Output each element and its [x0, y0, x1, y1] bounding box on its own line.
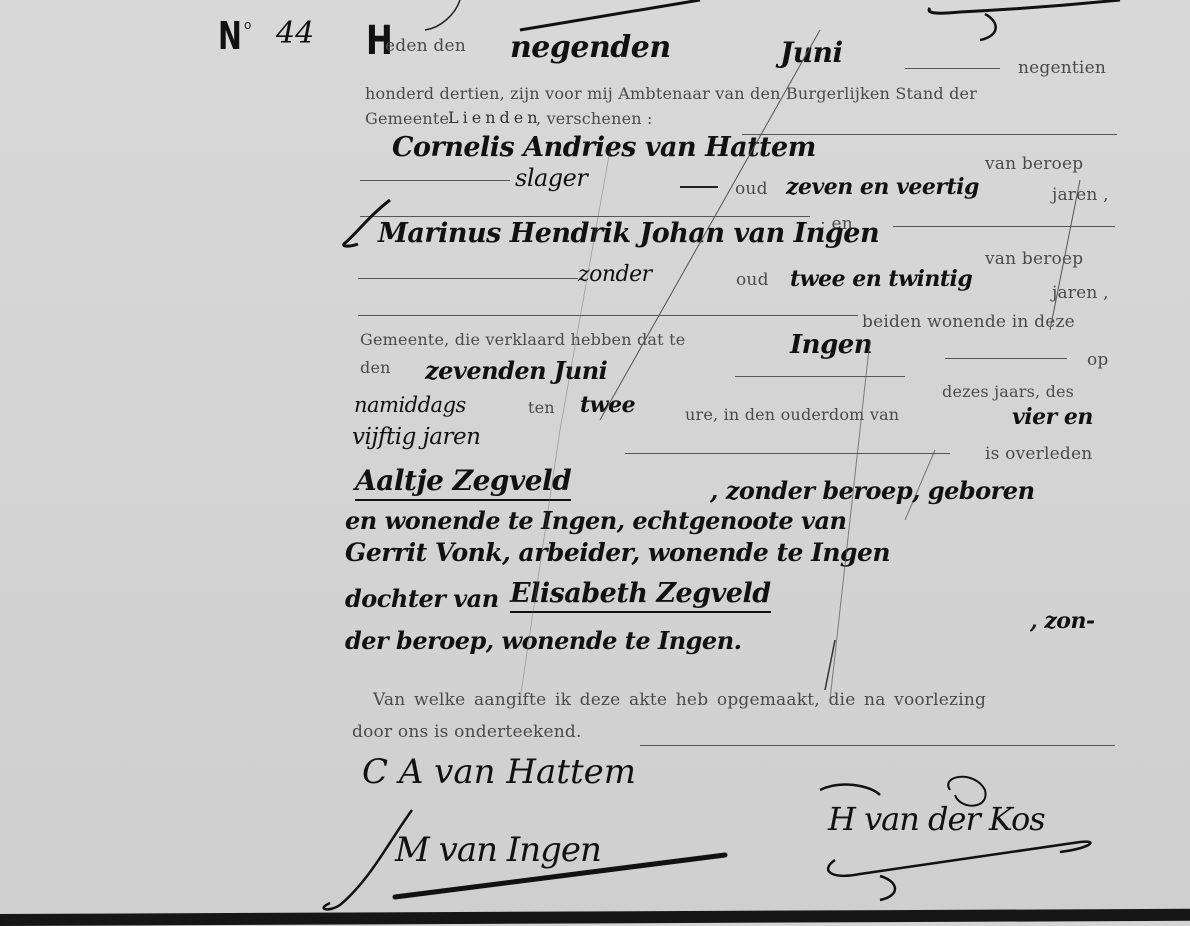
printed-negentien: negentien — [1018, 58, 1106, 78]
hand-declarant-2-age: twee en twintig — [790, 266, 972, 292]
printed-dezes-jaars: dezes jaars, des — [942, 382, 1074, 401]
printed-oud: oud — [735, 179, 768, 199]
signature-registrar: H van der Kos — [828, 800, 1045, 838]
printed-jaren: jaren , — [1052, 185, 1109, 205]
hand-death-place: Ingen — [790, 330, 872, 360]
dash — [680, 186, 718, 188]
printed-heden-den: eden den — [385, 36, 466, 56]
signature-witness-1: C A van Hattem — [362, 752, 636, 792]
hand-month: Juni — [780, 36, 843, 69]
printed-jaren-2: jaren , — [1052, 283, 1109, 303]
hand-day: negenden — [510, 30, 671, 65]
fill-rule — [640, 745, 1115, 746]
fill-rule — [358, 315, 858, 316]
record-number-sup: o — [244, 18, 251, 32]
printed-ure-ouderdom: ure, in den ouderdom van — [685, 405, 899, 424]
hand-deceased-occupation: , zonder beroep, geboren — [710, 476, 1035, 505]
signature-witness-2: M van Ingen — [395, 830, 601, 870]
hand-age-2: vijftig jaren — [352, 424, 480, 450]
fill-rule — [905, 68, 1000, 69]
hand-declarant-1-age: zeven en veertig — [786, 174, 979, 200]
hand-mother-name: Elisabeth Zegveld — [510, 578, 771, 613]
printed-op: op — [1087, 350, 1109, 370]
hand-spouse: Gerrit Vonk, arbeider, wonende te Ingen — [345, 538, 890, 567]
fill-rule — [735, 376, 905, 377]
printed-van-beroep-2: van beroep — [985, 249, 1083, 269]
fill-rule — [625, 453, 950, 454]
hand-age-1: vier en — [1012, 404, 1093, 430]
printed-municipality: Lienden — [448, 108, 542, 127]
printed-den: den — [360, 358, 391, 377]
hand-dochter-van: dochter van — [345, 584, 499, 613]
printed-oud-2: oud — [736, 270, 769, 290]
printed-gemeente: Gemeente — [365, 109, 449, 128]
hand-declarant-1-occupation: slager — [515, 164, 587, 192]
printed-line-10: Gemeente, die verklaard hebben dat te — [360, 330, 685, 349]
hand-death-date: zevenden Juni — [425, 356, 607, 385]
fill-rule — [358, 278, 578, 279]
printed-closing-2: door ons is onderteekend. — [352, 722, 582, 742]
hand-line-18: der beroep, wonende te Ingen. — [345, 626, 742, 655]
printed-is-overleden: is overleden — [985, 444, 1092, 464]
hand-line-15: en wonende te Ingen, echtgenoote van — [345, 506, 847, 535]
printed-verschenen: , verschenen : — [536, 109, 653, 128]
printed-van-beroep: van beroep — [985, 154, 1083, 174]
hand-declarant-1-name: Cornelis Andries van Hattem — [392, 132, 816, 163]
hand-declarant-2-occupation: zonder — [578, 262, 652, 287]
hand-declarant-2-name: Marinus Hendrik Johan van Ingen — [378, 218, 879, 249]
hand-namiddags: namiddags — [354, 393, 466, 417]
hand-zon: , zon- — [1030, 608, 1095, 634]
printed-beiden-wonende: beiden wonende in deze — [862, 312, 1075, 332]
hand-hour: twee — [580, 392, 635, 418]
fill-rule — [360, 216, 810, 217]
fill-rule — [893, 226, 1115, 227]
printed-ten: ten — [528, 398, 555, 417]
fill-rule — [945, 358, 1067, 359]
record-number-label: N — [218, 14, 242, 58]
printed-closing-1: Van welke aangifte ik deze akte heb opge… — [373, 690, 986, 710]
printed-line-2: honderd dertien, zijn voor mij Ambtenaar… — [365, 84, 977, 103]
record-number: 44 — [276, 16, 314, 51]
hand-deceased-name: Aaltje Zegveld — [355, 464, 571, 501]
fill-rule — [360, 180, 510, 181]
